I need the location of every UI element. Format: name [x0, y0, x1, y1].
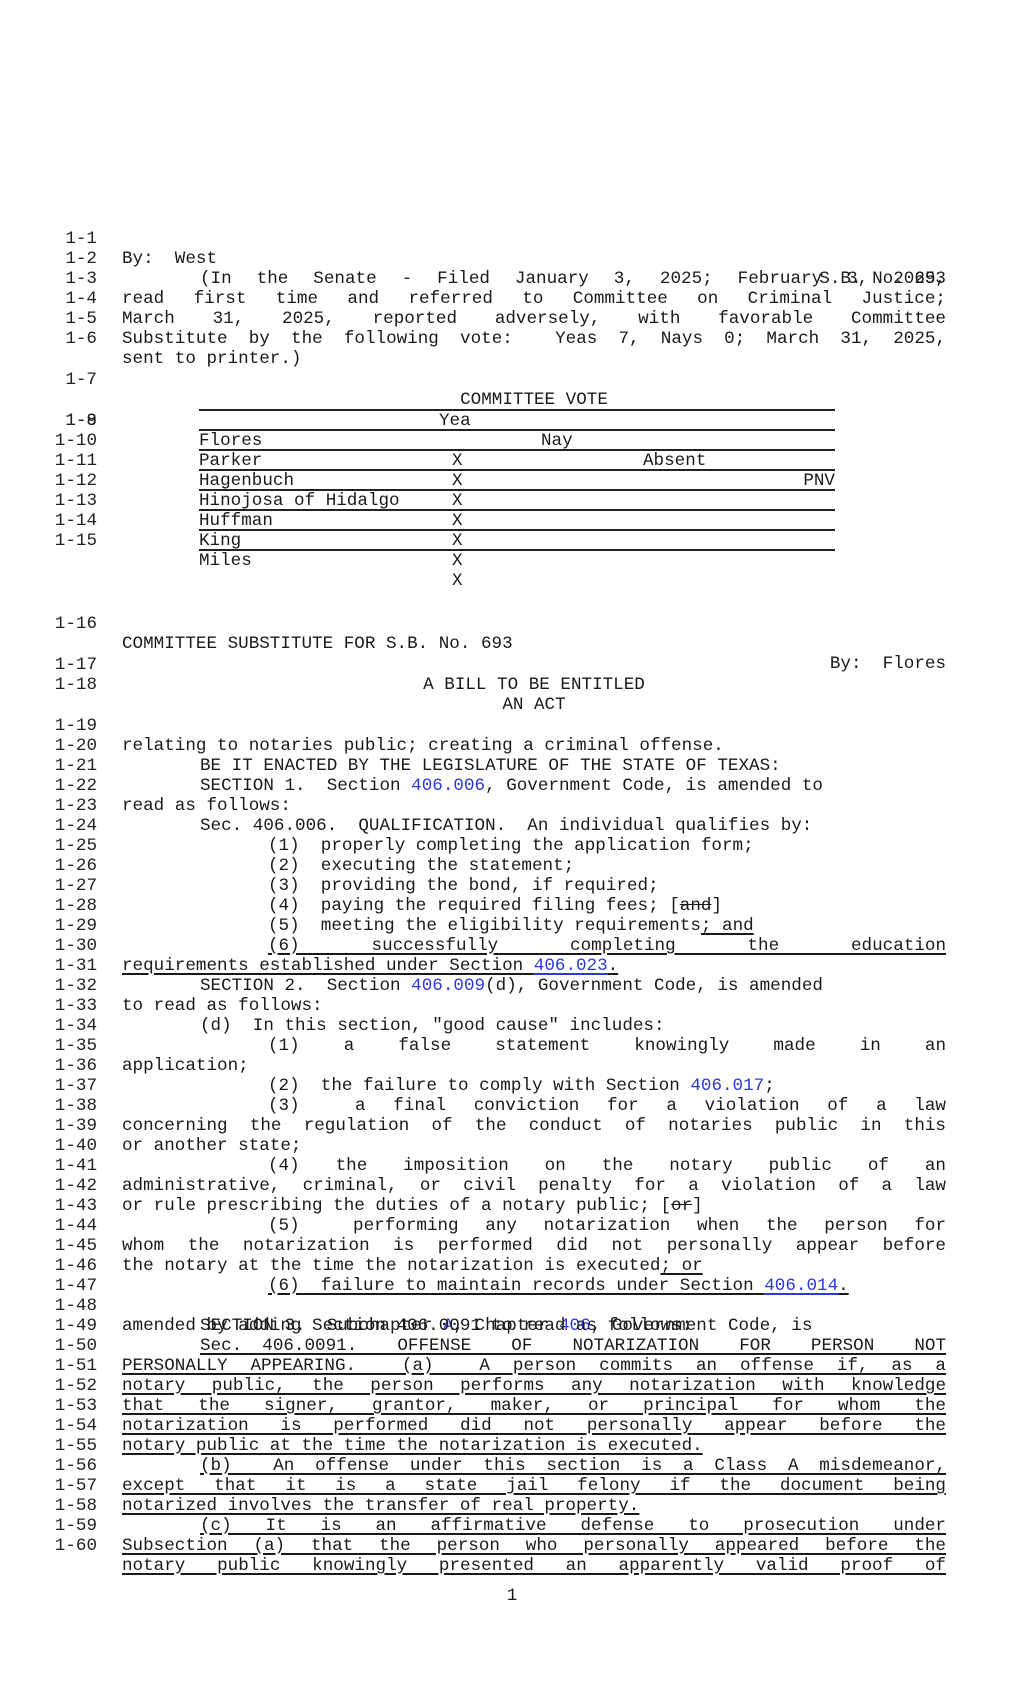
line-number: 1-14	[55, 511, 97, 531]
line-1-39: 1-39 or another state;	[0, 1096, 1024, 1116]
vote-row: Miles X	[199, 531, 835, 551]
line-1-41: 1-41 administrative, criminal, or civil …	[0, 1136, 1024, 1156]
line-1-42: 1-42 or rule prescribing the duties of a…	[0, 1156, 1024, 1176]
line-1-5: 1-5 Substitute by the following vote: Ye…	[0, 289, 1024, 309]
line-1-18: 1-18 AN ACT	[0, 655, 1024, 675]
line-1-59: 1-59 Subsection (a) that the person who …	[0, 1496, 1024, 1516]
line-1-53: 1-53 notarization is performed did not p…	[0, 1376, 1024, 1396]
line-1-58: 1-58 (c) It is an affirmative defense to…	[0, 1476, 1024, 1496]
line-1-21: 1-21 SECTION 1. Section 406.006, Governm…	[0, 736, 1024, 756]
inserted-text: Subsection (a) that the person who perso…	[122, 1536, 946, 1556]
line-1-37: 1-37 (3) a final conviction for a violat…	[0, 1056, 1024, 1076]
line-1-57: 1-57 notarized involves the transfer of …	[0, 1456, 1024, 1476]
line-1-47: 1-47 SECTION 3. Subchapter A, Chapter 40…	[0, 1256, 1024, 1276]
line-1-28: 1-28 (5) meeting the eligibility require…	[0, 876, 1024, 896]
line-1-38: 1-38 concerning the regulation of the co…	[0, 1076, 1024, 1096]
line-1-27: 1-27 (4) paying the required filing fees…	[0, 856, 1024, 876]
line-1-36: 1-36 (2) the failure to comply with Sect…	[0, 1036, 1024, 1056]
line-1-26: 1-26 (3) providing the bond, if required…	[0, 836, 1024, 856]
line-1-30: 1-30 requirements established under Sect…	[0, 916, 1024, 936]
line-1-1: 1-1 By: West S.B. No. 693	[0, 209, 1024, 229]
line-1-33: 1-33 (d) In this section, "good cause" i…	[0, 976, 1024, 996]
line-1-4: 1-4 March 31, 2025, reported adversely, …	[0, 269, 1024, 289]
line-1-2: 1-2 (In the Senate - Filed January 3, 20…	[0, 229, 1024, 249]
line-number: 1-6	[65, 329, 97, 349]
line-number: 1-15	[55, 531, 97, 551]
line-1-23: 1-23 Sec. 406.006. QUALIFICATION. An ind…	[0, 776, 1024, 796]
line-number: 1-13	[55, 491, 97, 511]
line-1-31: 1-31 SECTION 2. Section 406.009(d), Gove…	[0, 936, 1024, 956]
vote-row: King X	[199, 511, 835, 531]
bill-page: 1-1 By: West S.B. No. 693 1-2 (In the Se…	[0, 0, 1024, 1687]
inserted-text: notary public knowingly presented an app…	[122, 1556, 946, 1576]
member-name: Miles	[199, 551, 252, 571]
vote-table-header: Yea Nay Absent PNV	[199, 391, 835, 411]
line-1-50: 1-50 PERSONALLY APPEARING. (a) A person …	[0, 1316, 1024, 1336]
vote-row: Huffman X	[199, 491, 835, 511]
line-number: 1-60	[55, 1536, 97, 1556]
line-1-16: 1-16 COMMITTEE SUBSTITUTE FOR S.B. No. 6…	[0, 594, 1024, 614]
line-number: 1-7	[65, 370, 97, 390]
vote-yea: X	[452, 551, 463, 571]
line-1-24: 1-24 (1) properly completing the applica…	[0, 796, 1024, 816]
line-number: 1-16	[55, 614, 97, 634]
line-1-17: 1-17 A BILL TO BE ENTITLED	[0, 635, 1024, 655]
line-1-22: 1-22 read as follows:	[0, 756, 1024, 776]
line-1-56: 1-56 except that it is a state jail felo…	[0, 1436, 1024, 1456]
line-1-20: 1-20 BE IT ENACTED BY THE LEGISLATURE OF…	[0, 716, 1024, 736]
history-text: Substitute by the following vote: Yeas 7…	[122, 329, 946, 349]
line-1-44: 1-44 whom the notarization is performed …	[0, 1196, 1024, 1216]
page-number: 1	[0, 1586, 1024, 1606]
line-1-3: 1-3 read first time and referred to Comm…	[0, 249, 1024, 269]
vote-row: Parker X	[199, 431, 835, 451]
line-1-6: 1-6 sent to printer.)	[0, 309, 1024, 329]
line-1-51: 1-51 notary public, the person performs …	[0, 1336, 1024, 1356]
vote-row: Hinojosa of Hidalgo X	[199, 471, 835, 491]
line-number: 1-10	[55, 431, 97, 451]
line-1-55: 1-55 (b) An offense under this section i…	[0, 1416, 1024, 1436]
line-1-45: 1-45 the notary at the time the notariza…	[0, 1216, 1024, 1236]
vote-yea: X	[452, 571, 463, 591]
vote-row: Hagenbuch X	[199, 451, 835, 471]
line-1-7: 1-7 COMMITTEE VOTE	[0, 350, 1024, 370]
line-1-25: 1-25 (2) executing the statement;	[0, 816, 1024, 836]
line-1-40: 1-40 (4) the imposition on the notary pu…	[0, 1116, 1024, 1136]
line-1-49: 1-49 Sec. 406.0091. OFFENSE OF NOTARIZAT…	[0, 1296, 1024, 1316]
line-1-52: 1-52 that the signer, grantor, maker, or…	[0, 1356, 1024, 1376]
line-1-60: 1-60 notary public knowingly presented a…	[0, 1516, 1024, 1536]
line-1-35: 1-35 application;	[0, 1016, 1024, 1036]
vote-row: Flores X	[199, 411, 835, 431]
line-1-32: 1-32 to read as follows:	[0, 956, 1024, 976]
line-1-48: 1-48 amended by adding Section 406.0091 …	[0, 1276, 1024, 1296]
line-number: 1-18	[55, 675, 97, 695]
line-1-54: 1-54 notary public at the time the notar…	[0, 1396, 1024, 1416]
line-number: 1-12	[55, 471, 97, 491]
line-1-43: 1-43 (5) performing any notarization whe…	[0, 1176, 1024, 1196]
line-number: 1-11	[55, 451, 97, 471]
bill-title: A BILL TO BE ENTITLED	[122, 675, 946, 695]
line-1-19: 1-19 relating to notaries public; creati…	[0, 696, 1024, 716]
line-1-29: 1-29 (6) successfully completing the edu…	[0, 896, 1024, 916]
line-1-34: 1-34 (1) a false statement knowingly mad…	[0, 996, 1024, 1016]
line-number: 1-9	[65, 411, 97, 431]
line-1-46: 1-46 (6) failure to maintain records und…	[0, 1236, 1024, 1256]
